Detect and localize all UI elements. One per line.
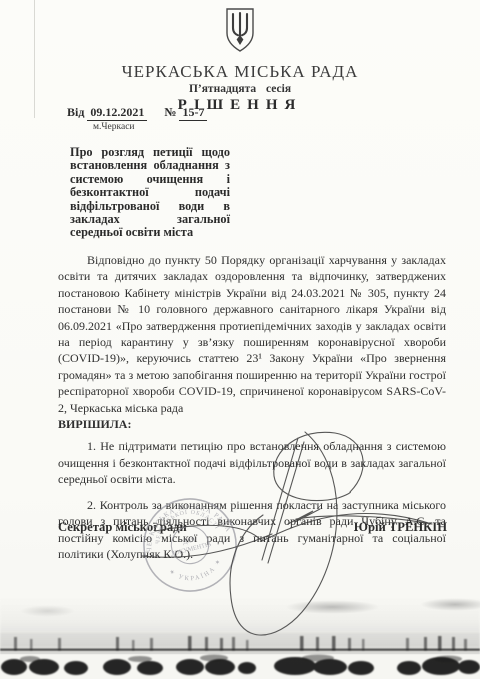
- document-body: Відповідно до пункту 50 Порядку організа…: [58, 252, 446, 562]
- session-label: П’ятнадцята сесія: [0, 83, 480, 95]
- document-date: 09.12.2021: [87, 105, 147, 121]
- city-label: м.Черкаси: [93, 122, 135, 132]
- document-title: Про розгляд петиції щодо встановлення об…: [70, 146, 230, 240]
- resolved-label: ВИРІШИЛА:: [58, 416, 446, 432]
- document-page: ЧЕРКАСЬКА МІСЬКА РАДА П’ятнадцята сесія …: [0, 0, 480, 679]
- scan-artifact-band: [0, 629, 480, 679]
- document-header: ЧЕРКАСЬКА МІСЬКА РАДА П’ятнадцята сесія …: [0, 7, 480, 114]
- tryzub-emblem-icon: [222, 7, 258, 53]
- number-label: №: [164, 105, 176, 119]
- scan-smudge: [285, 600, 380, 614]
- signature-row: Секретар міської ради Юрій ТРЕНКІН: [58, 520, 447, 535]
- signatory-name: Юрій ТРЕНКІН: [354, 520, 447, 535]
- organization-name: ЧЕРКАСЬКА МІСЬКА РАДА: [0, 62, 480, 82]
- scan-smudge: [20, 605, 75, 617]
- stamp-bottom-text: ✶ УКРАЇНА ✶: [166, 556, 227, 589]
- resolution-item-1: 1. Не підтримати петицію про встановленн…: [58, 438, 446, 487]
- svg-text:✶ УКРАЇНА ✶: ✶ УКРАЇНА ✶: [166, 556, 227, 589]
- preamble-paragraph: Відповідно до пункту 50 Порядку організа…: [58, 252, 446, 416]
- document-number: 15-7: [179, 105, 207, 121]
- scan-smudge: [420, 598, 480, 611]
- document-meta-line: Від 09.12.2021 № 15-7 м.Черкаси: [67, 105, 207, 120]
- date-prefix-label: Від: [67, 105, 84, 119]
